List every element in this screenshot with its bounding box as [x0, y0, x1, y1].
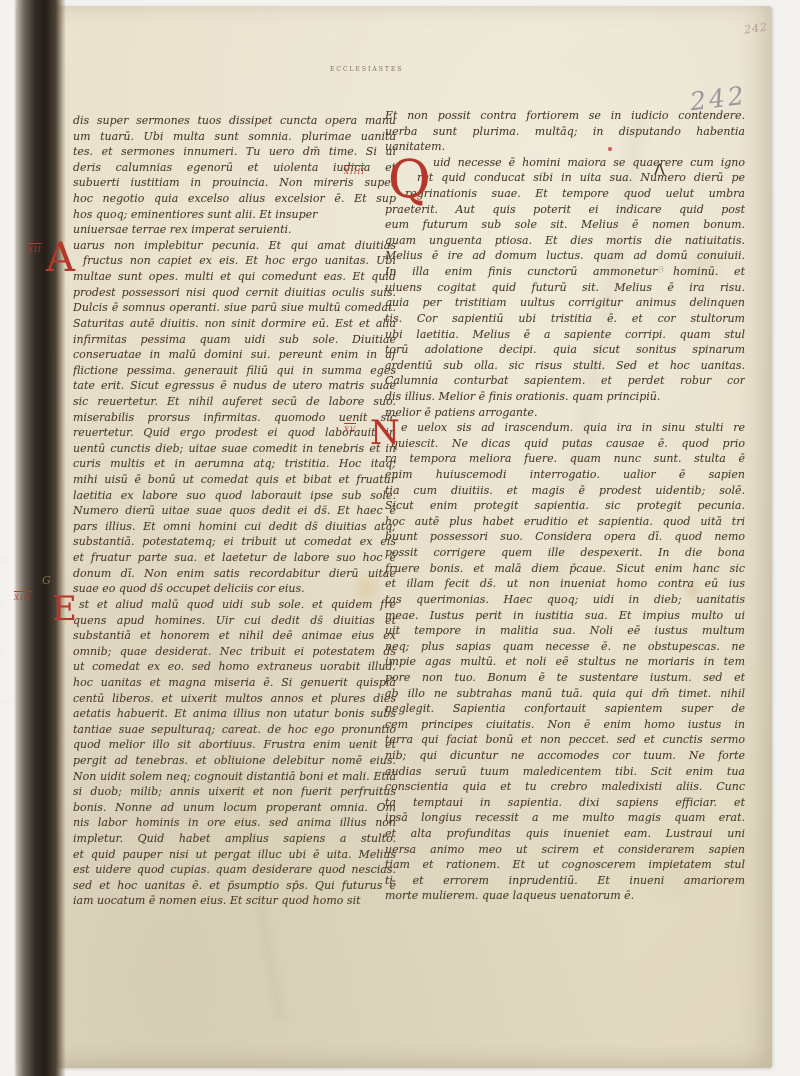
text-line: aetatis habuerit. Et anima illius non ut…: [73, 707, 396, 723]
text-line: omnib; quae desiderat. Nec tribuit ei po…: [73, 645, 396, 661]
text-line: Sicut enim protegit sapientia. sic prote…: [385, 499, 745, 515]
text-line: pars illius. Et omni homini cui dedit ds…: [73, 520, 396, 536]
chapter-numeral: xiiii: [344, 166, 365, 177]
text-line: Et non possit contra fortiorem se in iud…: [385, 109, 745, 125]
text-line: hoc uanitas et magna miseria ē. Si genue…: [73, 676, 396, 692]
text-line: audias seruū tuum maledicentem tibi. Sci…: [385, 765, 745, 781]
text-line: sic reuertetur. Et nihil auferet secū de…: [73, 395, 396, 411]
gutter-ghost-letter: uf: [0, 554, 8, 563]
gutter-ghost-letter: ad: [0, 696, 10, 705]
text-line: et quid pauper nisi ut pergat illuc ubi …: [73, 848, 396, 864]
text-line: uarus non implebitur pecunia. Et qui ama…: [73, 239, 396, 255]
gutter-ghost-letter: r: [0, 516, 4, 525]
text-line: uersa animo meo ut scirem et considerare…: [385, 843, 745, 859]
text-line: neq; plus sapias quam necesse ē. ne obst…: [385, 640, 745, 656]
quire-mark: G: [42, 574, 51, 587]
text-line: In illa enim finis cunctorū ammonetur ho…: [385, 265, 745, 281]
text-column-right: Et non possit contra fortiorem se in iud…: [385, 109, 745, 905]
text-line: est uidere quod cupias. quam desiderare …: [73, 863, 396, 879]
text-line: infirmitas pessima quam uidi sub sole. D…: [73, 333, 396, 349]
text-line: ta temptaui in sapientia. dixi sapiens e…: [385, 796, 745, 812]
text-line: tia cum diuitiis. et magis ē prodest uid…: [385, 484, 745, 500]
text-line: terra qui faciat bonū et non peccet. sed…: [385, 733, 745, 749]
text-line: si duob; milib; annis uixerit et non fue…: [73, 785, 396, 801]
text-line: fruere bonis. et malā diem p̄caue. Sicut…: [385, 562, 745, 578]
text-line: tiam et rationem. Et ut cognoscerem impi…: [385, 858, 745, 874]
gutter-ghost-letter: d: [0, 600, 5, 609]
text-line: prodest possessori nisi quod cernit diui…: [73, 286, 396, 302]
rubricated-initial: A: [46, 238, 75, 278]
text-line: ti et errorem inprudentiū. Et inueni ama…: [385, 874, 745, 890]
text-line: st et aliud malū quod uidi sub sole. et …: [73, 598, 396, 614]
text-line: tes. et sermones innumeri. Tu uero dm̄ t…: [73, 145, 396, 161]
text-line: sed et hoc uanitas ē. et p̄sumptio sp̄s.…: [73, 879, 396, 895]
chapter-numeral: xii: [28, 244, 42, 255]
text-line: pore non tuo. Bonum ē te sustentare iust…: [385, 671, 745, 687]
text-line: quens apud homines. Uir cui dedit ds̄ di…: [73, 614, 396, 630]
text-line: uanitatem.: [385, 140, 745, 156]
text-line: curis multis et in aerumna atq; tristiti…: [73, 457, 396, 473]
chapter-numeral: xiii: [14, 592, 31, 603]
text-line: torū adolatione decipi. quia sicut sonit…: [385, 343, 745, 359]
text-line: hos quoq; eminentiores sunt alii. Et ins…: [73, 208, 396, 224]
text-line: regrinationis suae. Et tempore quod uelu…: [385, 187, 745, 203]
text-line: eum futurum sub sole sit. Melius ē nomen…: [385, 218, 745, 234]
text-column-left: dis super sermones tuos dissipet cuncta …: [73, 114, 396, 910]
text-line: cem principes ciuitatis. Non ē enim homo…: [385, 718, 745, 734]
text-line: dis illius. Melior ē finis orationis. qu…: [385, 390, 745, 406]
text-line: donum dī. Non enim satis recordabitur di…: [73, 567, 396, 583]
text-line: neglegit. Sapientia confortauit sapiente…: [385, 702, 745, 718]
text-line: possit corrigere quem ille despexerit. I…: [385, 546, 745, 562]
text-line: quia per tristitiam uultus corrigitur an…: [385, 296, 745, 312]
text-line: Saturitas autē diuitis. non sinit dormir…: [73, 317, 396, 333]
text-line: nis labor hominis in ore eius. sed anima…: [73, 816, 396, 832]
text-line: quiescit. Ne dicas quid putas causae ē. …: [385, 437, 745, 453]
text-line: et alta profunditas quis inueniet eam. L…: [385, 827, 745, 843]
manuscript-photo: ecclesiastes 242 242 dis super sermones …: [0, 0, 800, 1076]
text-line: praeterit. Aut quis poterit ei indicare …: [385, 203, 745, 219]
text-line: tis. Cor sapientiū ubi tristitia ē. et c…: [385, 312, 745, 328]
text-line: bonis. Nonne ad unum locum properant omn…: [73, 801, 396, 817]
text-line: conscientia quia et tu crebro maledixist…: [385, 780, 745, 796]
text-line: enim huiuscemodi interrogatio. ualior ē …: [385, 468, 745, 484]
text-line: uiuens cogitat quid futurū sit. Melius ē…: [385, 281, 745, 297]
rubricated-initial: Q: [388, 154, 431, 206]
text-line: uerba sunt plurima. multāq; in disputand…: [385, 125, 745, 141]
text-line: ardentiū sub olla. sic risus stulti. Sed…: [385, 359, 745, 375]
text-line: centū liberos. et uixerit multos annos e…: [73, 692, 396, 708]
text-line: Dulcis ē somnus operanti. siue parū siue…: [73, 301, 396, 317]
text-line: laetitia ex labore suo quod laborauit ip…: [73, 489, 396, 505]
text-line: impletur. Quid habet amplius sapiens a s…: [73, 832, 396, 848]
text-line: dis super sermones tuos dissipet cuncta …: [73, 114, 396, 130]
text-line: tas querimonias. Haec quoq; uidi in dieb…: [385, 593, 745, 609]
text-line: substantiā et honorem et nihil deē anima…: [73, 629, 396, 645]
text-line: nib; qui dicuntur ne accomodes cor tuum.…: [385, 749, 745, 765]
pencil-smudge: a 8: [650, 266, 665, 277]
text-line: flictione pessima. generauit filiū qui i…: [73, 364, 396, 380]
text-line: morte mulierem. quae laqueus uenatorum ē…: [385, 889, 745, 905]
text-line: hoc negotio quia excelso alius excelsior…: [73, 192, 396, 208]
text-line: um tuarū. Ubi multa sunt somnia. plurima…: [73, 130, 396, 146]
caret-mark: Λ: [654, 160, 665, 179]
rubricated-initial: E: [52, 592, 77, 626]
text-line: substantiā. potestatemq; ei tribuit ut c…: [73, 535, 396, 551]
book-gutter-edge: [14, 0, 66, 1076]
text-line: quam unguenta ptiosa. Et dies mortis die…: [385, 234, 745, 250]
text-line: ubi laetitia. Melius ē a sapiente corrip…: [385, 328, 745, 344]
text-line: hoc autē plus habet eruditio et sapienti…: [385, 515, 745, 531]
text-line: fructus non capiet ex eis. Et hoc ergo u…: [73, 254, 396, 270]
text-line: multae sunt opes. multi et qui comedunt …: [73, 270, 396, 286]
text-line: pergit ad tenebras. et obliuione delebit…: [73, 754, 396, 770]
text-line: melior ē patiens arrogante.: [385, 406, 745, 422]
text-line: uentū cunctis dieb; uitae suae comedit i…: [73, 442, 396, 458]
text-line: uit tempore in malitia sua. Noli eē iust…: [385, 624, 745, 640]
rubricated-initial: N: [370, 416, 400, 450]
text-line: tate erit. Sicut egressus ē nudus de ute…: [73, 379, 396, 395]
text-line: e uelox sis ad irascendum. quia ira in s…: [385, 421, 745, 437]
text-line: buunt possessori suo. Considera opera dī…: [385, 530, 745, 546]
text-line: Numero dierū uitae suae quos dedit ei ds…: [73, 504, 396, 520]
red-dot-mark: [608, 147, 612, 151]
text-line: Non uidit solem neq; cognouit distantiā …: [73, 770, 396, 786]
text-line: Melius ē ire ad domum luctus. quam ad do…: [385, 249, 745, 265]
text-line: et fruatur parte sua. et laetetur de lab…: [73, 551, 396, 567]
gutter-ghost-letter: b: [0, 646, 5, 655]
text-line: subuerti iustitiam in prouincia. Non mir…: [73, 176, 396, 192]
text-line: iam uocatum ē nomen eius. Et scitur quod…: [73, 894, 396, 910]
text-line: meae. Iustus perit in iustitia sua. Et i…: [385, 609, 745, 625]
text-line: quod melior illo sit abortiuus. Frustra …: [73, 738, 396, 754]
text-line: suae eo quod ds̄ occupet deliciis cor ei…: [73, 582, 396, 598]
text-line: mihi uisū ē bonū ut comedat quis et biba…: [73, 473, 396, 489]
text-line: uniuersae terrae rex imperat seruienti.: [73, 223, 396, 239]
text-line: impie agas multū. et noli eē stultus ne …: [385, 655, 745, 671]
text-line: et illam fecit ds̄. ut non inueniat homo…: [385, 577, 745, 593]
text-line: uid necesse ē homini maiora se quaerere …: [385, 156, 745, 172]
text-line: ret quid conducat sibi in uita sua. Nume…: [385, 171, 745, 187]
text-line: conseruatae in malū domini sui. pereunt …: [73, 348, 396, 364]
text-line: ra tempora meliora fuere. quam nunc sunt…: [385, 452, 745, 468]
text-line: ab illo ne subtrahas manū tuā. quia qui …: [385, 687, 745, 703]
text-line: ipsā longius recessit a me multo magis q…: [385, 811, 745, 827]
chapter-numeral: xv: [344, 424, 356, 435]
text-line: Calumnia conturbat sapientem. et perdet …: [385, 374, 745, 390]
running-title: ecclesiastes: [330, 64, 403, 74]
text-line: ut comedat ex eo. sed homo extraneus uor…: [73, 660, 396, 676]
text-line: tantiae suae sepulturaq; careat. de hoc …: [73, 723, 396, 739]
